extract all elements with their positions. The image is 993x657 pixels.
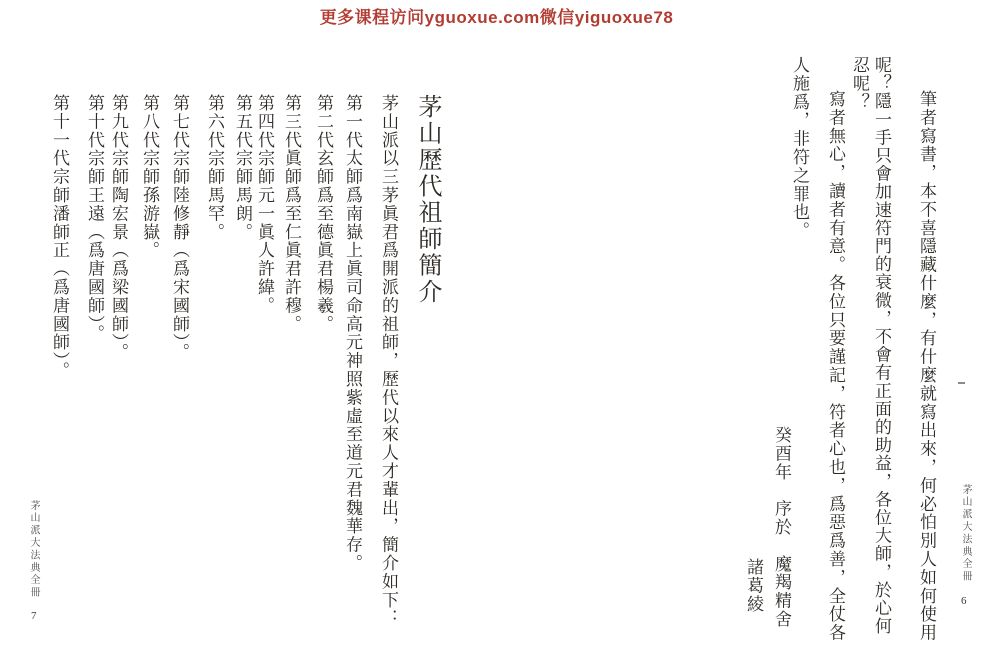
running-head-right: 茅山派大法典全冊 [959,484,971,583]
margin-dash-mark [958,382,965,384]
page-number-right: 6 [961,595,967,607]
text-column: 第十一代宗師潘師正（爲唐國師）。 [49,94,69,380]
text-column: 第九代宗師陶宏景（爲梁國師）。 [108,94,128,362]
text-column: 筆者寫書，本不喜隱藏什麼，有什麼就寫出來，何必怕別人如何使用 [916,90,936,642]
text-column: 第二代玄師爲至德眞君楊羲。 [313,94,333,333]
text-column: 呢？隱一手只會加速符門的衰微，不會有正面的助益，各位大師，於心何 [871,56,891,635]
text-column: 第三代眞師爲至仁眞君許穆。 [281,94,301,333]
text-column: 第五代宗師馬朗。 [232,94,252,241]
text-column: 茅山派以三茅眞君爲開派的祖師，歷代以來人才輩出，簡介如下： [378,94,398,628]
text-column: 第十代宗師王遠（爲唐國師）。 [84,94,104,343]
signature-date-line: 癸酉年 序於 魔羯精舍 [771,426,791,628]
text-column: 第八代宗師孫游嶽。 [139,94,159,260]
text-column: 第六代宗師馬罕。 [204,94,224,241]
section-title: 茅山歷代祖師簡介 [412,94,442,305]
text-column: 忍呢？ [849,56,869,111]
text-column: 第一代太師爲南嶽上眞司命高元神照紫虛至道元君魏華存。 [342,94,362,572]
running-head-left: 茅山派大法典全冊 [27,500,39,599]
page-number-left: 7 [31,610,37,622]
book-spread-scan: 更多课程访问yguoxue.com微信yiguoxue78 筆者寫書，本不喜隱藏… [0,0,993,657]
watermark-banner: 更多课程访问yguoxue.com微信yiguoxue78 [0,3,993,28]
text-column: 第七代宗師陸修靜（爲宋國師）。 [169,94,189,362]
signature-name-line: 諸葛綾 [743,558,763,613]
text-column: 第四代宗師元一眞人許緯。 [254,94,274,315]
text-column: 寫者無心，讀者有意。各位只要謹記，符者心也，爲惡爲善，全仗各 [825,90,845,642]
text-column: 人施爲，非符之罪也。 [789,56,809,240]
